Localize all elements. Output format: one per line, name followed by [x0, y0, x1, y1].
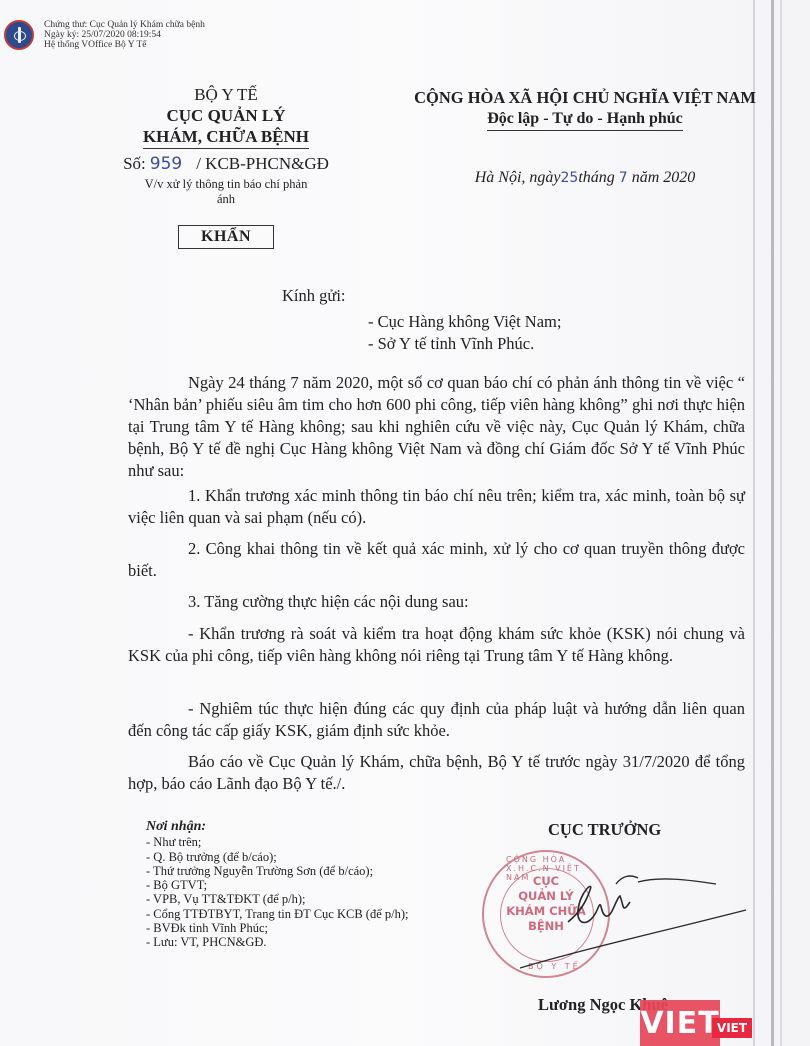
subject-line2: ánh [112, 192, 340, 207]
national-header: CỘNG HÒA XÃ HỘI CHỦ NGHĨA VIỆT NAM Độc l… [385, 88, 785, 187]
number-label: Số: [123, 154, 146, 173]
distribution-item: - Bộ GTVT; [146, 878, 409, 892]
nation-name: CỘNG HÒA XÃ HỘI CHỦ NGHĨA VIỆT NAM [385, 88, 785, 108]
certificate-sign-date: Ngày ký: 25/07/2020 08:19:54 [44, 30, 205, 40]
number-value: 959 [150, 154, 182, 174]
urgency-stamp: KHẨN [178, 225, 274, 249]
department-name-line1: CỤC QUẢN LÝ [112, 105, 340, 126]
body-item-1: 1. Khẩn trương xác minh thông tin báo ch… [128, 485, 745, 529]
distribution-item: - Cổng TTĐTBYT, Trang tin ĐT Cục KCB (để… [146, 907, 409, 921]
distribution-item: - VPB, Vụ TT&TĐKT (để p/h); [146, 892, 409, 906]
issuing-agency-header: BỘ Y TẾ CỤC QUẢN LÝ KHÁM, CHỮA BỆNH Số:9… [112, 85, 340, 249]
document-date: Hà Nội, ngày25tháng 7 năm 2020 [385, 169, 785, 187]
distribution-item: - BVĐk tỉnh Vĩnh Phúc; [146, 921, 409, 935]
date-month-label: tháng [578, 169, 614, 186]
date-prefix: Hà Nội, ngày [475, 169, 561, 186]
date-month: 7 [619, 170, 628, 186]
body-closing: Báo cáo về Cục Quản lý Khám, chữa bệnh, … [128, 751, 745, 795]
body-subitem-1: - Khẩn trương rà soát và kiểm tra hoạt đ… [128, 623, 745, 667]
national-motto: Độc lập - Tự do - Hạnh phúc [487, 110, 683, 131]
ministry-of-health-logo-icon [4, 20, 34, 50]
subject-line1: V/v xử lý thông tin báo chí phản [112, 177, 340, 192]
certificate-issuer: Chứng thư: Cục Quản lý Khám chữa bệnh [44, 20, 205, 30]
distribution-item: - Thứ trưởng Nguyễn Trường Sơn (để b/cáo… [146, 864, 409, 878]
viettimes-watermark-logo: VIET [640, 1000, 720, 1046]
document-page: Chứng thư: Cục Quản lý Khám chữa bệnh Ng… [0, 0, 810, 1046]
distribution-item: - Như trên; [146, 835, 409, 849]
certificate-system: Hệ thống VOffice Bộ Y Tế [44, 40, 205, 50]
digital-certificate: Chứng thư: Cục Quản lý Khám chữa bệnh Ng… [4, 20, 205, 50]
number-suffix: / KCB-PHCN&GĐ [196, 154, 329, 173]
body-item-3: 3. Tăng cường thực hiện các nội dung sau… [128, 591, 745, 613]
body-intro: Ngày 24 tháng 7 năm 2020, một số cơ quan… [128, 372, 745, 482]
document-number: Số:959/ KCB-PHCN&GĐ [112, 153, 340, 175]
distribution-item: - Lưu: VT, PHCN&GĐ. [146, 935, 409, 949]
body-subitem-2: - Nghiêm túc thực hiện đúng các quy định… [128, 698, 745, 742]
handwritten-signature-icon [520, 862, 760, 972]
body-item-2: 2. Công khai thông tin về kết quả xác mi… [128, 538, 745, 582]
ministry-name: BỘ Y TẾ [112, 85, 340, 105]
distribution-title: Nơi nhận: [146, 820, 409, 834]
viettimes-watermark-small-logo: VIET [712, 1018, 752, 1038]
department-name-line2: KHÁM, CHỮA BỆNH [143, 126, 309, 149]
recipient-item: - Cục Hàng không Việt Nam; [368, 312, 561, 332]
certificate-text: Chứng thư: Cục Quản lý Khám chữa bệnh Ng… [44, 20, 205, 50]
recipients-label: Kính gửi: [282, 286, 346, 306]
date-day: 25 [561, 170, 579, 186]
date-year: năm 2020 [632, 169, 696, 186]
recipient-item: - Sở Y tế tỉnh Vĩnh Phúc. [368, 334, 534, 354]
signer-title: CỤC TRƯỞNG [548, 820, 661, 840]
distribution-list: Nơi nhận: - Như trên; - Q. Bộ trưởng (để… [146, 820, 409, 950]
document-subject: V/v xử lý thông tin báo chí phản ánh [112, 177, 340, 207]
distribution-item: - Q. Bộ trưởng (để b/cáo); [146, 850, 409, 864]
